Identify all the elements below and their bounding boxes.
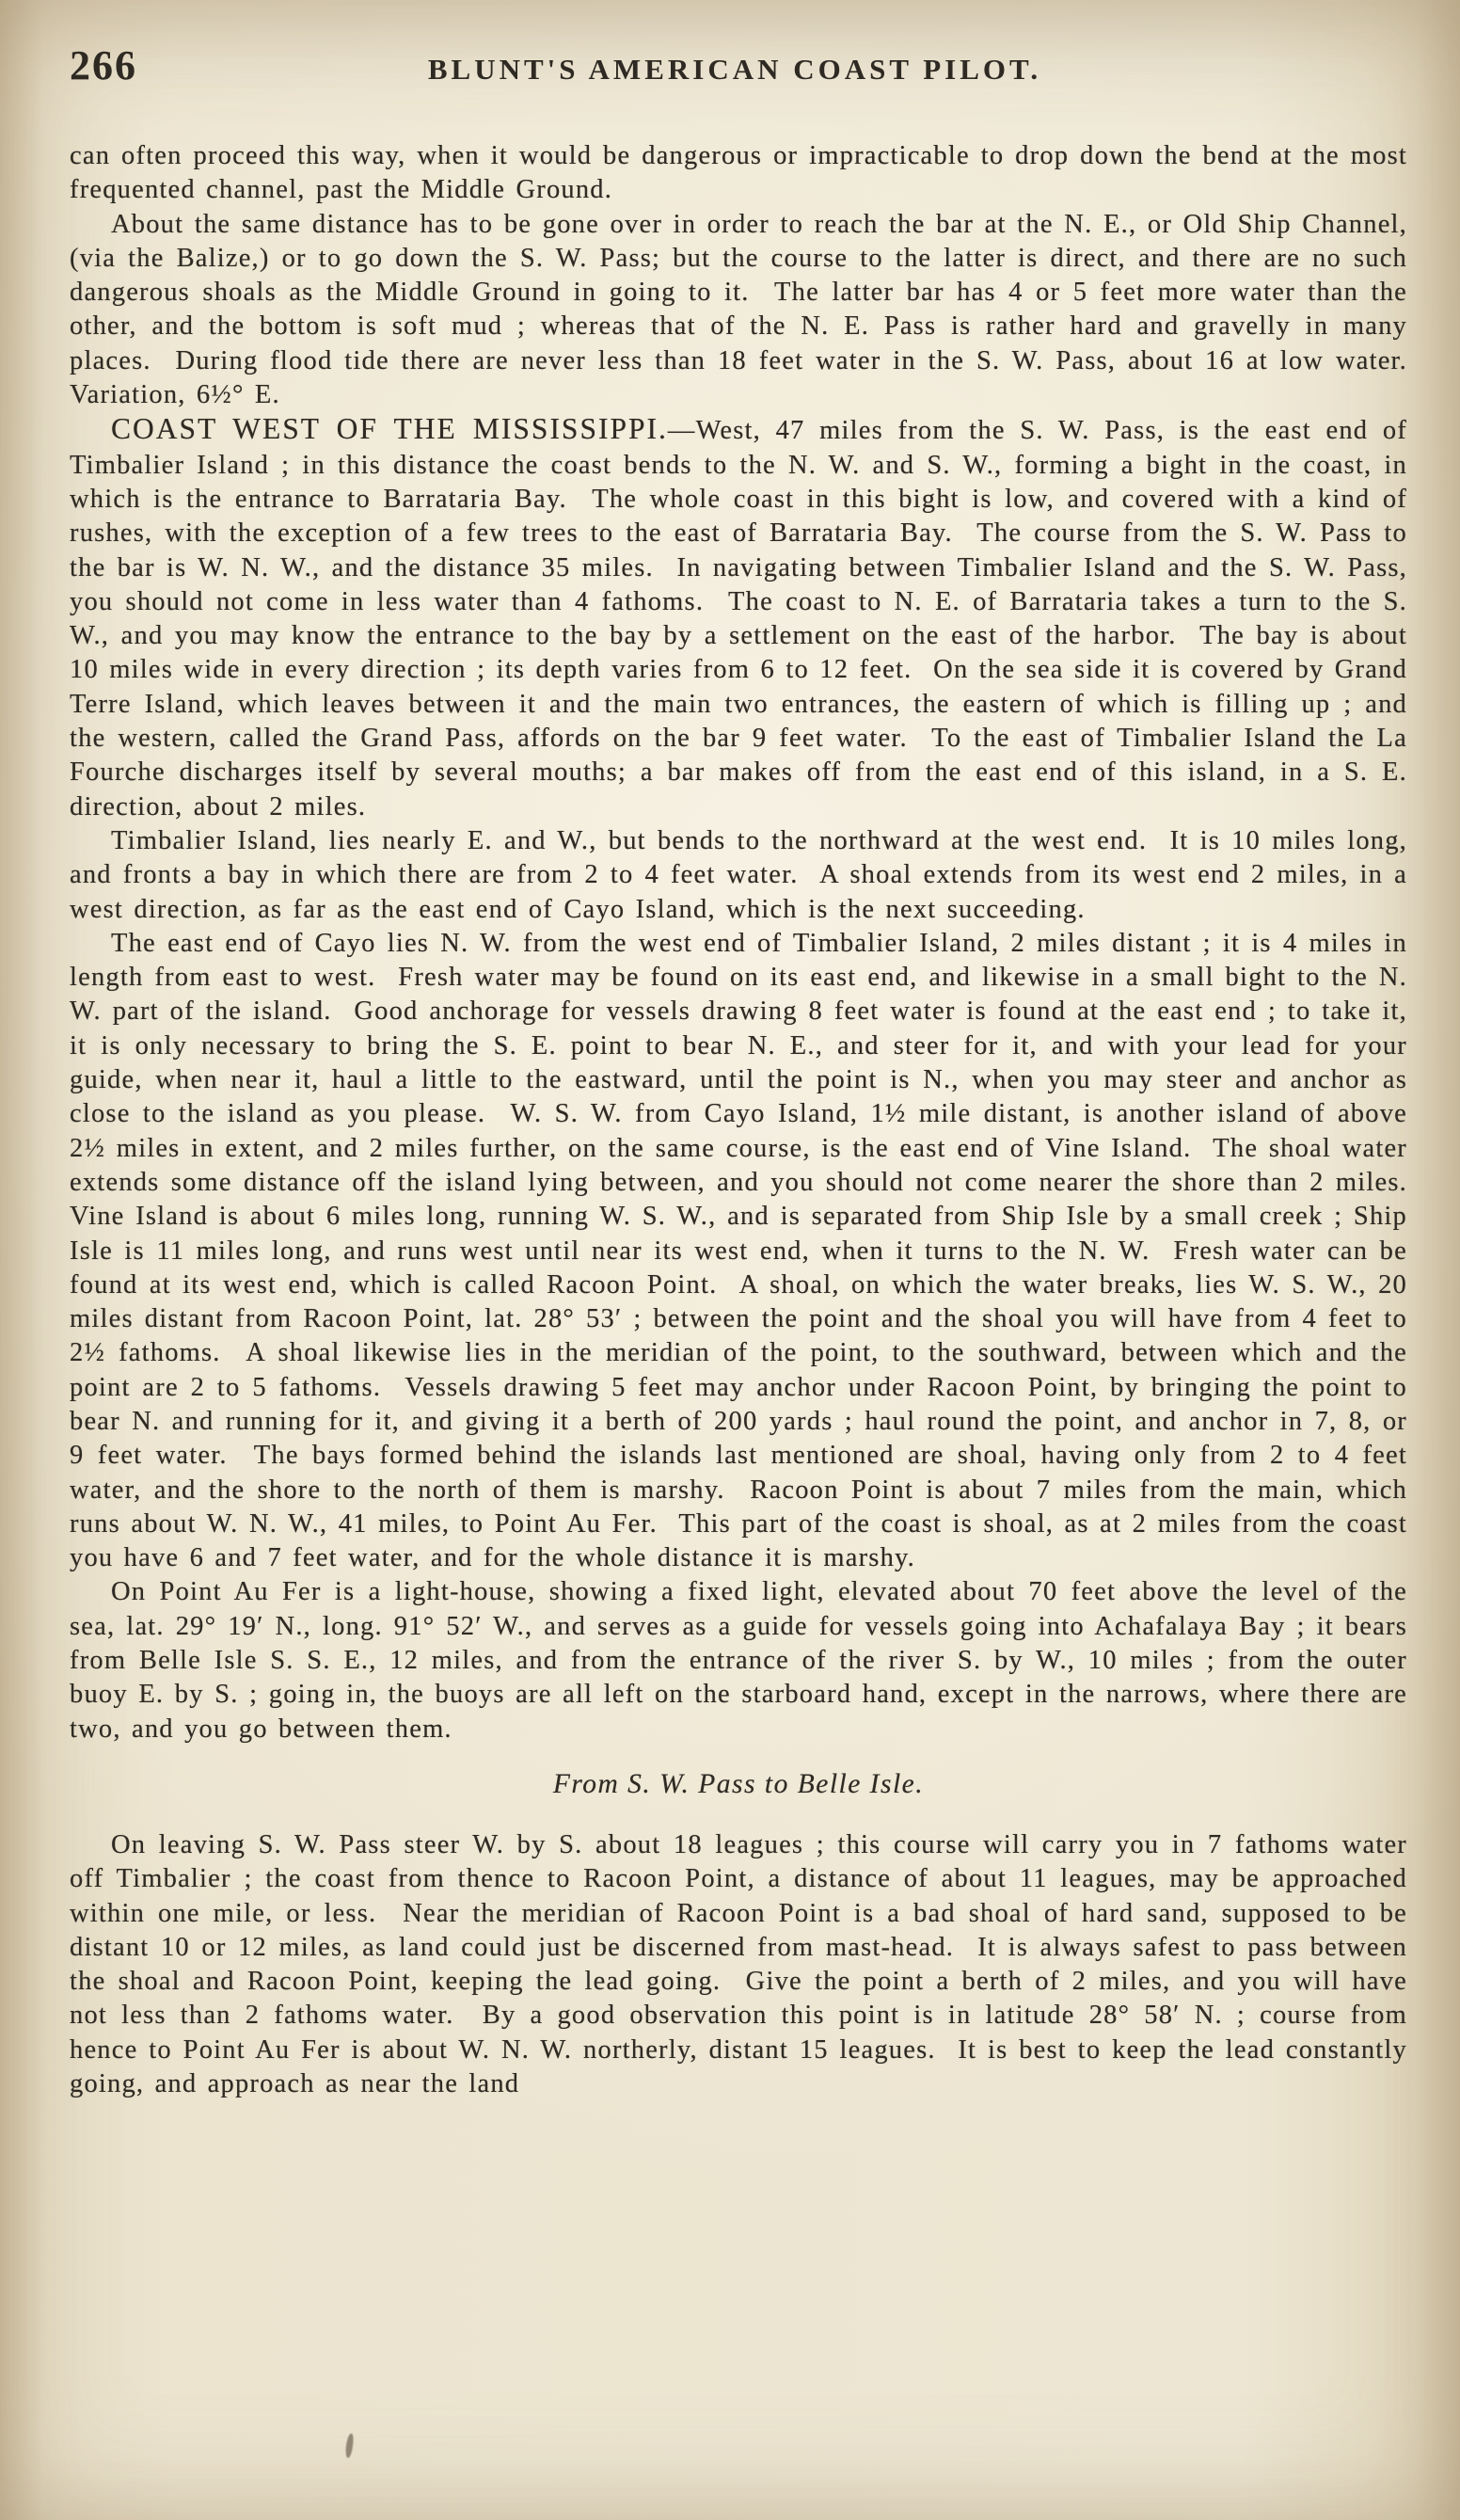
paragraph-coast-west: COAST WEST OF THE MISSISSIPPI.—West, 47 … xyxy=(70,412,1407,824)
ink-smudge-artifact xyxy=(345,2433,355,2459)
paragraph-leaving-sw-pass: On leaving S. W. Pass steer W. by S. abo… xyxy=(70,1828,1407,2101)
paragraph-old-ship-channel: About the same distance has to be gone o… xyxy=(70,208,1407,413)
book-page-scan: 266 BLUNT'S AMERICAN COAST PILOT. can of… xyxy=(0,0,1460,2520)
coast-west-lead-caps: COAST WEST OF THE MISSISSIPPI. xyxy=(111,412,668,445)
paragraph-point-au-fer-lighthouse: On Point Au Fer is a light-house, showin… xyxy=(70,1575,1407,1746)
paragraph-timbalier-island: Timbalier Island, lies nearly E. and W.,… xyxy=(70,824,1407,927)
paragraph-continuation: can often proceed this way, when it woul… xyxy=(70,139,1407,208)
section-heading-sw-pass-to-belle-isle: From S. W. Pass to Belle Isle. xyxy=(70,1769,1407,1800)
body-text-block: can often proceed this way, when it woul… xyxy=(70,139,1407,2101)
coast-west-body: —West, 47 miles from the S. W. Pass, is … xyxy=(70,416,1418,821)
paragraph-cayo-island: The east end of Cayo lies N. W. from the… xyxy=(70,927,1407,1576)
running-header-title: BLUNT'S AMERICAN COAST PILOT. xyxy=(100,53,1370,87)
page-header: 266 BLUNT'S AMERICAN COAST PILOT. xyxy=(70,41,1407,89)
